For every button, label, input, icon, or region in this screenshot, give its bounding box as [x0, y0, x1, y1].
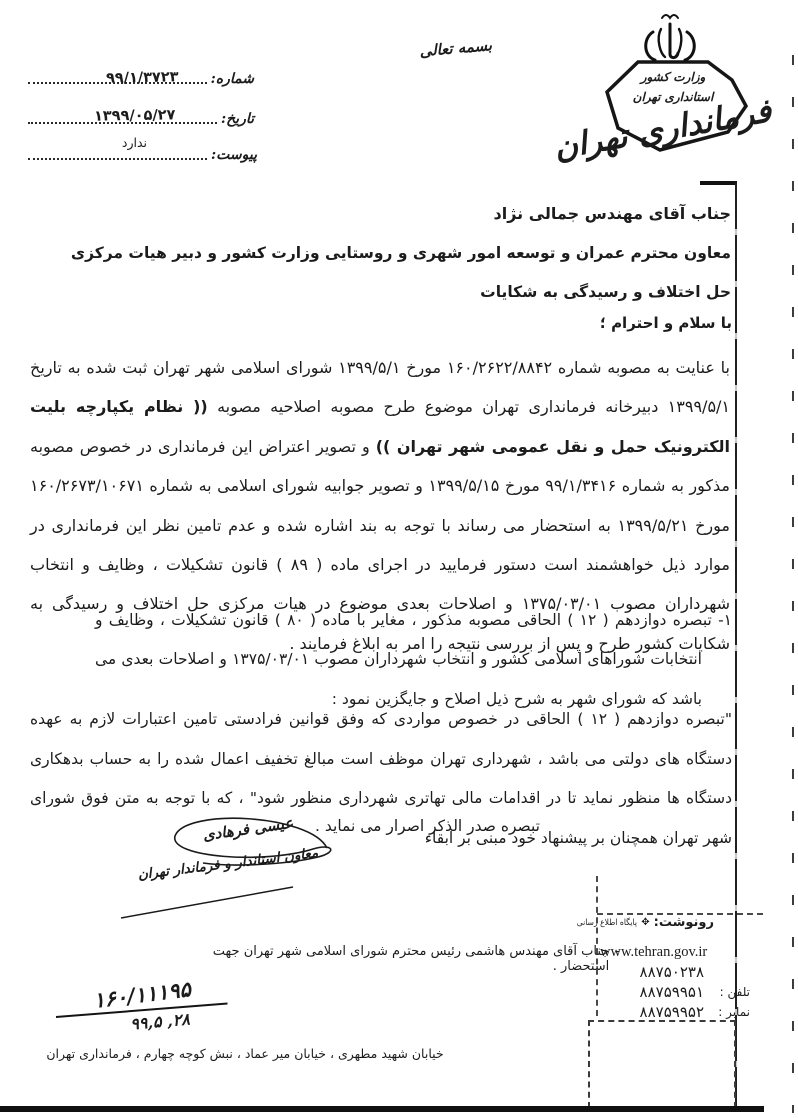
fax-label: نمابر :	[704, 1005, 750, 1019]
cc-item-row: - جناب آقای مهندس هاشمی رئیس محترم شورای…	[180, 944, 620, 974]
contact-box-top-dashed-border	[597, 913, 763, 915]
cc-label: رونوشت:	[654, 915, 714, 930]
scanned-letter-page: بسمه تعالی شماره: ۹۹/۱/۳۷۲۳ تاریخ: ۱۳۹۹/…	[0, 0, 798, 1118]
fax-number: ۸۸۷۵۹۹۵۲	[640, 1003, 704, 1021]
salutation: با سلام و احترام ؛	[430, 314, 732, 332]
attachment-value: ندارد	[122, 135, 147, 150]
portal-label: پایگاه اطلاع رسانی	[577, 918, 637, 928]
logo-ministry-line: وزارت کشور	[598, 70, 748, 84]
field-row-attachment: پیوست: ندارد	[28, 136, 257, 164]
bottom-scan-bar	[0, 1106, 764, 1112]
website-url: www.tehran.gov.ir	[600, 944, 740, 961]
recipient-name: جناب آقای مهندس جمالی نژاد	[55, 194, 731, 234]
number-label: شماره:	[211, 71, 254, 88]
recipient-title-line2: حل اختلاف و رسیدگی به شکایات	[55, 273, 731, 312]
signature-diagonal-line	[121, 887, 293, 918]
footer-address: خیابان شهید مطهری ، خیابان میر عماد ، نب…	[40, 1046, 450, 1061]
contact-number1: ۸۸۷۵۰۲۳۸	[640, 963, 704, 981]
cc-item-text: جناب آقای مهندس هاشمی رئیس محترم شورای ا…	[180, 944, 609, 974]
date-leader: ۱۳۹۹/۰۵/۲۷	[28, 98, 217, 124]
number-value: ۹۹/۱/۳۷۲۳	[106, 69, 179, 86]
recipient-title-line1: معاون محترم عمران و توسعه امور شهری و رو…	[55, 234, 731, 273]
contact-numbers: ۸۸۷۵۰۲۳۸ تلفن : ۸۸۷۵۹۹۵۱ نمابر : ۸۸۷۵۹۹۵…	[598, 962, 750, 1022]
margin-rule-tick	[700, 181, 737, 185]
recipient-block: جناب آقای مهندس جمالی نژاد معاون محترم ع…	[55, 194, 731, 312]
phone-label: تلفن :	[704, 985, 750, 999]
attachment-leader: ندارد	[28, 134, 207, 160]
contact-row-phone: تلفن : ۸۸۷۵۹۹۵۱	[598, 982, 750, 1002]
cc-portal-row: رونوشت: ✥ پایگاه اطلاع رسانی	[596, 915, 714, 930]
scan-edge-dashed-line	[792, 55, 794, 1113]
date-label: تاریخ:	[221, 111, 254, 128]
stamp-area-dashed-box	[588, 1020, 736, 1108]
field-row-number: شماره: ۹۹/۱/۳۷۲۳	[28, 60, 254, 88]
bismillah-text: بسمه تعالی	[401, 36, 492, 62]
phone-number: ۸۸۷۵۹۹۵۱	[640, 983, 704, 1001]
number-leader: ۹۹/۱/۳۷۲۳	[28, 58, 207, 84]
contact-row-fax: نمابر : ۸۸۷۵۹۹۵۲	[598, 1002, 750, 1022]
field-row-date: تاریخ: ۱۳۹۹/۰۵/۲۷	[28, 100, 254, 128]
attachment-label: پیوست:	[211, 147, 257, 164]
iran-emblem-icon	[646, 15, 695, 60]
date-value: ۱۳۹۹/۰۵/۲۷	[93, 107, 175, 124]
contact-row-number1: ۸۸۷۵۰۲۳۸	[598, 962, 750, 982]
four-diamond-bullet-icon: ✥	[641, 918, 649, 928]
